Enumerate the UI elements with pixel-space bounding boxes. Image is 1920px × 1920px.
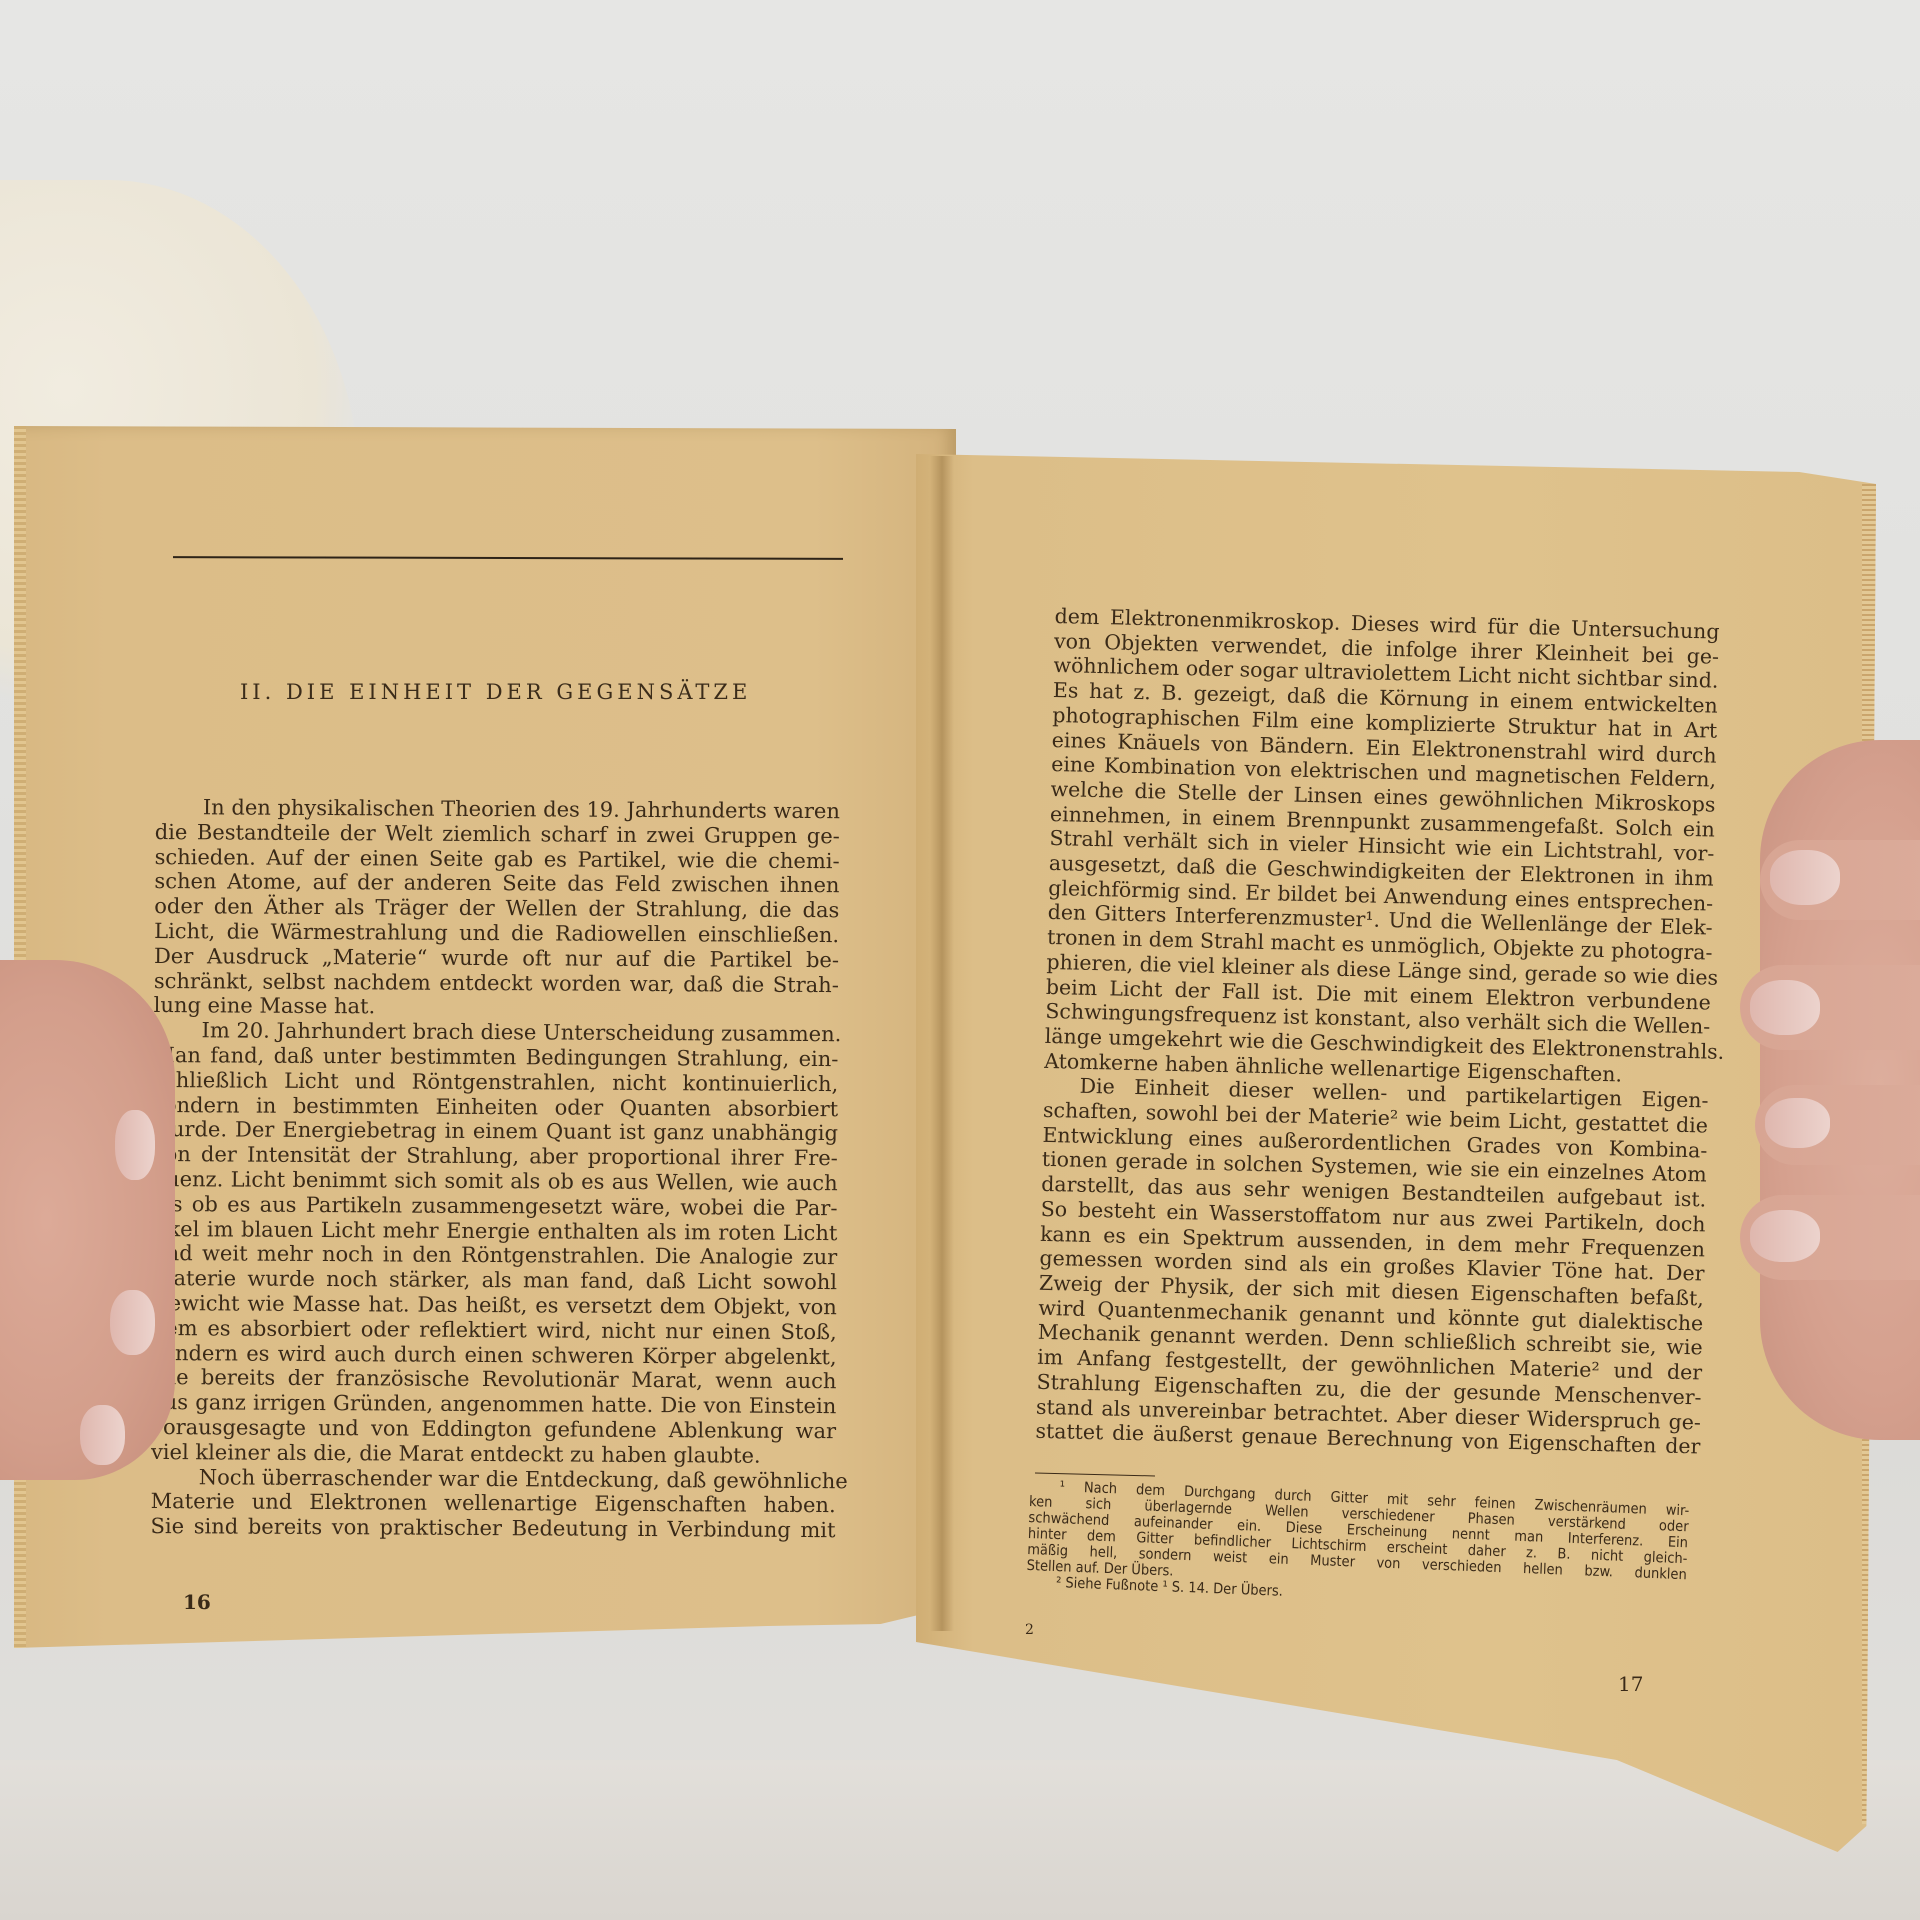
fingernail <box>1750 1210 1820 1262</box>
text-line: Licht, die Wärmestrahlung und die Radiow… <box>154 919 839 948</box>
left-hand <box>0 960 175 1480</box>
text-line: Der Ausdruck „Materie“ wurde oft nur auf… <box>154 944 839 973</box>
right-page-body: dem Elektronenmikroskop. Dieses wird für… <box>1035 604 1720 1459</box>
left-page-body: In den physikalischen Theorien des 19. J… <box>150 795 840 1543</box>
page-number-right: 17 <box>1618 1672 1643 1696</box>
paragraph: dem Elektronenmikroskop. Dieses wird für… <box>1044 604 1720 1089</box>
thumbnail <box>115 1110 155 1180</box>
text-line: quenz. Licht benimmt sich somit als ob e… <box>153 1167 838 1196</box>
fingernail <box>1765 1098 1830 1148</box>
right-hand <box>1760 740 1920 1440</box>
chapter-title: II. DIE EINHEIT DER GEGENSÄTZE <box>240 680 751 704</box>
paragraph: Die Einheit dieser wellen- und partikela… <box>1035 1073 1709 1459</box>
text-line: vorausgesagte und von Eddington gefunden… <box>151 1415 836 1444</box>
fingernail <box>1770 850 1840 905</box>
text-line: viel kleiner als die, die Marat entdeckt… <box>151 1440 836 1469</box>
text-line: die Bestandteile der Welt ziemlich schar… <box>155 820 840 849</box>
fingernail <box>110 1290 155 1355</box>
table-surface <box>0 1760 1920 1920</box>
text-line: schließlich Licht und Röntgenstrahlen, n… <box>153 1068 838 1097</box>
book-gutter <box>930 456 954 1631</box>
fingernail <box>80 1405 125 1465</box>
text-line: Man fand, daß unter bestimmten Bedingung… <box>153 1043 838 1072</box>
page-number-left: 16 <box>183 1590 211 1614</box>
signature-mark: 2 <box>1025 1622 1034 1638</box>
fingernail <box>1750 980 1820 1035</box>
paragraph: In den physikalischen Theorien des 19. J… <box>154 795 840 1022</box>
text-line: Sie sind bereits von praktischer Bedeutu… <box>150 1514 835 1543</box>
paragraph: Im 20. Jahrhundert brach diese Untersche… <box>151 1018 839 1469</box>
text-line: als ob es aus Partikeln zusammengesetzt … <box>152 1192 837 1221</box>
paragraph: Noch überraschender war die Entdeckung, … <box>150 1465 835 1544</box>
text-line: Gewicht wie Masse hat. Das heißt, es ver… <box>152 1291 837 1320</box>
text-line: dem es absorbiert oder reflektiert wird,… <box>152 1316 837 1345</box>
